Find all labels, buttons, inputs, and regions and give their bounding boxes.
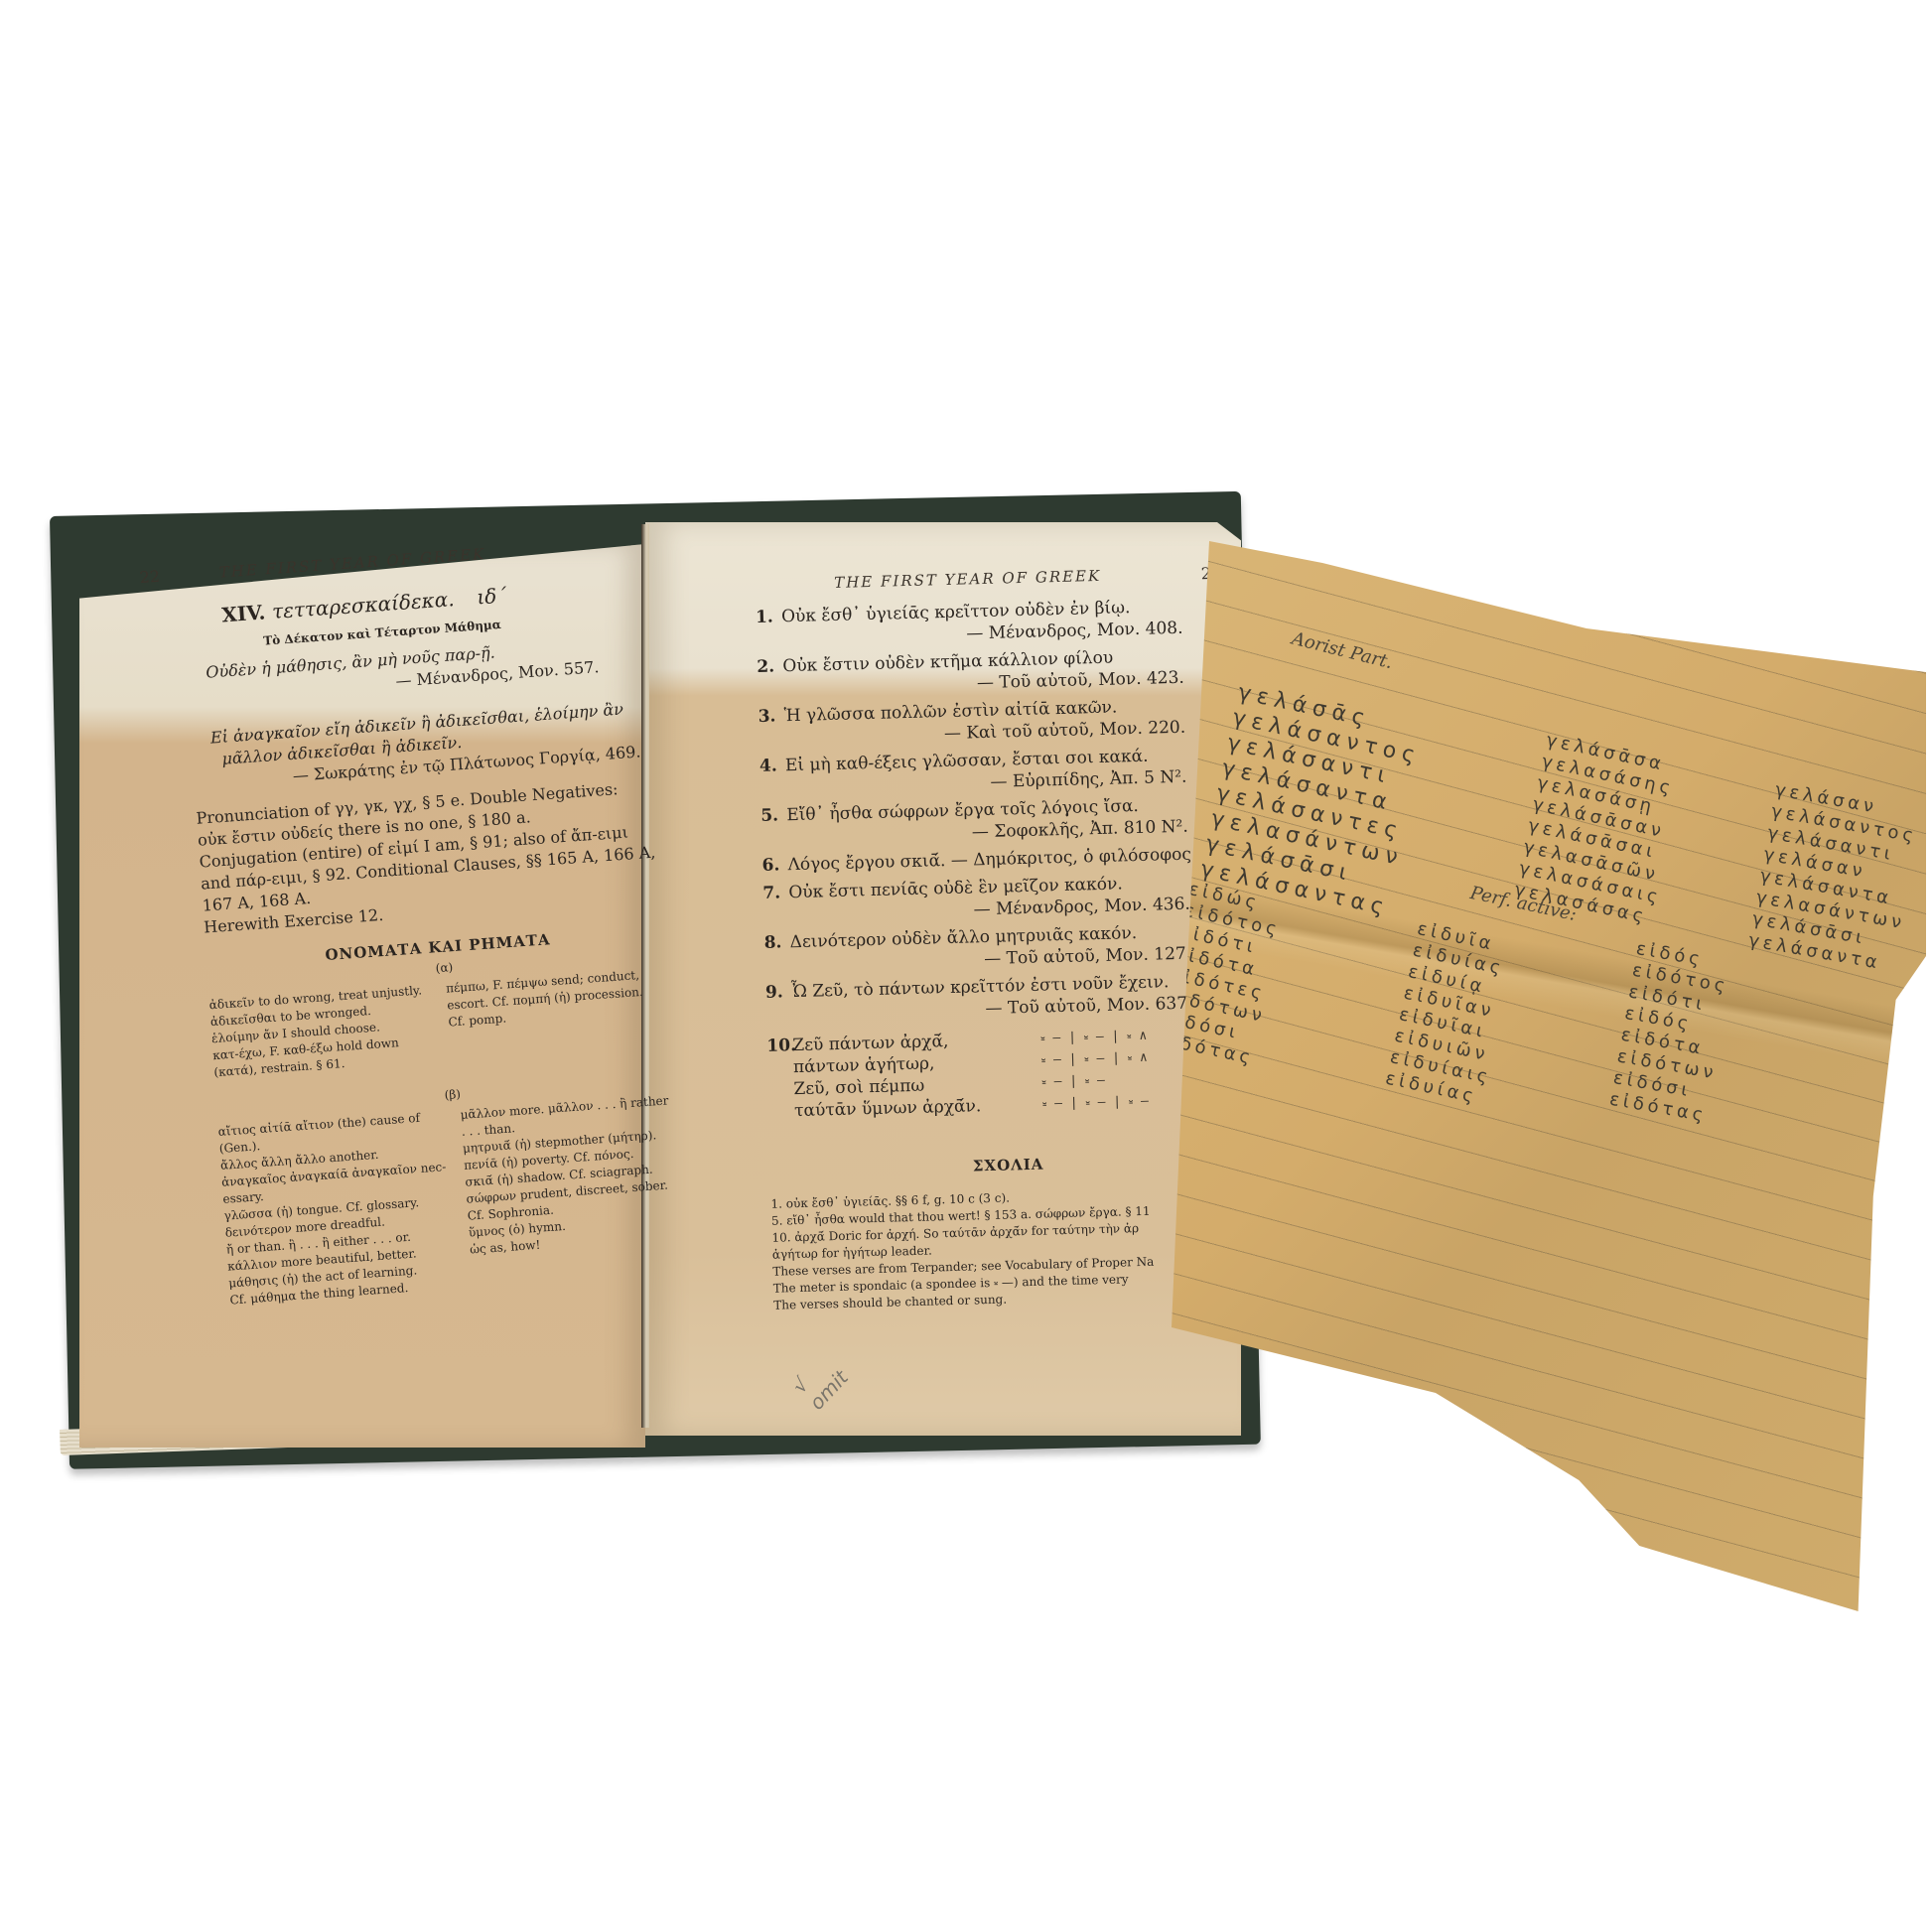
verse-number: 8. (763, 931, 790, 954)
vocab-alpha-right: πέμπω, F. πέμψω send; conduct,escort. Cf… (446, 965, 670, 1064)
vocab-alpha-left: ἀδικεῖν to do wrong, treat unjustly.ἀδικ… (208, 982, 433, 1081)
verse-10-line: ταύτᾱν ὕμνων ἀρχᾱ́ν. (794, 1094, 1023, 1122)
meter-scheme: ⏓ — | ⏓ — | ⏓ — (1042, 1091, 1149, 1116)
vocab-beta: αἴτιος αἰτίᾱ αἴτιον (the) cause of(Gen.)… (217, 1092, 686, 1310)
verse-number: 9. (765, 981, 792, 1004)
meter-scheme: ⏓ — | ⏓ — | ⏓ ∧ (1040, 1026, 1147, 1050)
meter-scheme: ⏓ — | ⏓ — (1041, 1069, 1148, 1094)
vocab-beta-left: αἴτιος αἰτίᾱ αἴτιον (the) cause of(Gen.)… (217, 1108, 455, 1309)
page-number-left: 22 (139, 567, 161, 587)
grammar-references: Pronunciation of γγ, γκ, γχ, § 5 e. Doub… (196, 776, 660, 939)
verse-number: 2. (757, 655, 783, 678)
aorist-neuter-column: γελάσανγελάσαντοςγελάσαντιγελάσανγελάσαν… (1746, 779, 1925, 978)
verse-10-meter: ⏓ — | ⏓ — | ⏓ ∧⏓ — | ⏓ — | ⏓ ∧⏓ — | ⏓ —⏓… (1040, 1026, 1149, 1116)
verse-number: 4. (759, 755, 786, 777)
verse-10-lines: Ζεῦ πάντων ἀρχᾱ́,πάντων ἁγήτωρ,Ζεῦ, σοὶ … (792, 1029, 1023, 1122)
verse-number: 6. (761, 854, 788, 877)
verse-number: 1. (756, 606, 782, 628)
handwritten-sheet: Wednesday Nov. 17 Aorist Part. γελάσᾱςγε… (1172, 541, 1926, 1633)
verse-number: 3. (758, 705, 784, 728)
scholia-heading: ΣΧΟΛΙΑ (769, 1150, 1246, 1180)
scholia-notes: 1. οὐκ ἔσθ᾽ ὑγιείᾱς. §§ 6 f, g. 10 c (3 … (770, 1184, 1210, 1313)
meter-scheme: ⏓ — | ⏓ — | ⏓ ∧ (1041, 1047, 1148, 1072)
verse-number: 7. (762, 882, 789, 904)
verse-10: 10. Ζεῦ πάντων ἀρχᾱ́,πάντων ἁγήτωρ,Ζεῦ, … (766, 1023, 1245, 1123)
left-page-content: 22 THE FIRST YEAR OF GREEK XIV. τετταρεσ… (99, 533, 686, 1314)
vocab-alpha: ἀδικεῖν to do wrong, treat unjustly.ἀδικ… (208, 965, 670, 1081)
verse-text: Λόγος ἔργου σκιᾱ́. — Δημόκριτος, ὁ φιλόσ… (787, 844, 1196, 875)
verse-number: 5. (760, 804, 787, 827)
vocab-beta-right: μᾶλλον more. μᾶλλον . . . ἢ rather. . . … (460, 1092, 686, 1293)
verse-list: 1.Οὐκ ἔσθ᾽ ὑγιείᾱς κρεῖττον οὐδὲν ἐν βίῳ… (756, 594, 1243, 1025)
